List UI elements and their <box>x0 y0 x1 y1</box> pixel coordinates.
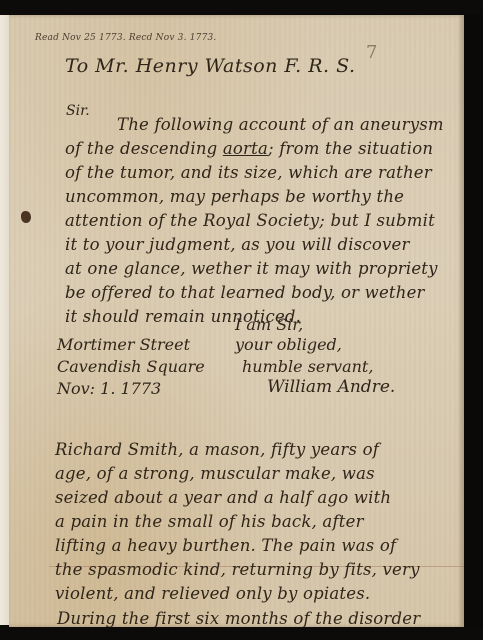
scan-right-border <box>464 14 483 630</box>
letter-line: be offered to that learned body, or weth… <box>65 283 425 302</box>
scan-bottom-border <box>0 627 483 640</box>
letter-address: To Mr. Henry Watson F. R. S. <box>65 55 355 77</box>
underlined-word: aorta <box>223 139 268 158</box>
valediction-line: I am Sir, <box>235 315 303 334</box>
letter-line: attention of the Royal Society; but I su… <box>65 211 435 230</box>
salutation: Sir. <box>66 103 90 119</box>
adjacent-page-edge <box>0 15 9 625</box>
case-line: seized about a year and a half ago with <box>55 488 391 507</box>
letter-line: it to your judgment, as you will discove… <box>65 235 410 254</box>
valediction-line: your obliged, <box>235 335 342 354</box>
letter-line: The following account of an aneurysm <box>117 115 444 134</box>
sender-address-line: Mortimer Street <box>57 335 190 354</box>
case-line: Richard Smith, a mason, fifty years of <box>55 440 379 459</box>
next-paragraph-line: During the first six months of the disor… <box>57 609 420 628</box>
case-line: a pain in the small of his back, after <box>55 512 364 531</box>
ink-blot <box>21 211 31 223</box>
valediction-line: humble servant, <box>242 357 373 376</box>
letter-line: uncommon, may perhaps be worthy the <box>65 187 404 206</box>
letter-date: Nov: 1. 1773 <box>57 379 161 398</box>
letter-line: of the tumor, and its size, which are ra… <box>65 163 432 182</box>
scan-top-border <box>0 0 483 14</box>
case-line: the spasmodic kind, returning by fits, v… <box>55 560 420 579</box>
letter-text: of the descending <box>65 139 223 158</box>
folio-number: 7 <box>366 42 377 63</box>
letter-text: ; from the situation <box>268 139 433 158</box>
case-line: violent, and relieved only by opiates. <box>55 584 370 603</box>
case-line: age, of a strong, muscular make, was <box>55 464 375 483</box>
signature: William Andre. <box>267 377 395 397</box>
letter-line: of the descending aorta; from the situat… <box>65 139 433 158</box>
letter-line: at one glance, wether it may with propri… <box>65 259 438 278</box>
sender-address-line: Cavendish Square <box>57 357 205 376</box>
manuscript-page: Read Nov 25 1773. Recd Nov 3. 1773. 7 To… <box>9 15 464 627</box>
case-line: lifting a heavy burthen. The pain was of <box>55 536 396 555</box>
docket-note: Read Nov 25 1773. Recd Nov 3. 1773. <box>35 33 217 43</box>
